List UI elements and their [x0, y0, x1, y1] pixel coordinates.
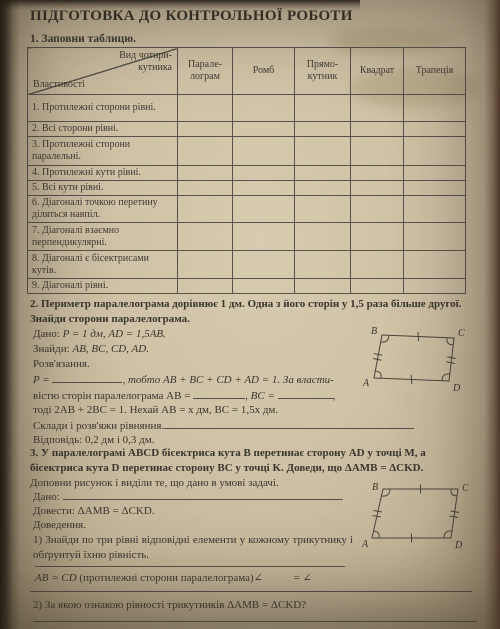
table-cell-empty — [404, 166, 466, 181]
table-cell-empty — [233, 95, 295, 122]
table-cell-empty — [295, 122, 351, 137]
table-cell-empty — [351, 181, 404, 196]
table-cell-empty — [178, 223, 233, 251]
parallelogram-figure-1: B C A D — [358, 322, 498, 394]
bc-equals: , BC = — [245, 390, 275, 402]
angle-symbol-left: ∠ — [254, 572, 263, 584]
table-cell-empty — [178, 279, 233, 294]
table-cell-empty — [295, 223, 351, 251]
answer-blank — [193, 388, 245, 399]
corner-label-kind: Вид чотири- кутника — [119, 50, 172, 74]
property-cell: 4. Протилежні кути рівні. — [28, 166, 178, 181]
table-cell-empty — [295, 279, 351, 294]
column-header-trapezoid: Трапеція — [404, 48, 466, 95]
task-1-label: 1. Заповни таблицю. — [30, 33, 136, 45]
table-cell-empty — [178, 196, 233, 223]
writing-line — [35, 566, 345, 567]
proof-step-2: 2) За якою ознакою рівності трикутників … — [33, 598, 473, 613]
answer-blank — [63, 489, 343, 500]
page-title: ПІДГОТОВКА ДО КОНТРОЛЬНОЇ РОБОТИ — [30, 8, 353, 25]
table-cell-empty — [351, 279, 404, 294]
property-cell: 7. Діагоналі взаємно перпендикулярні. — [28, 223, 178, 251]
table-cell-empty — [404, 122, 466, 137]
comma: , — [333, 390, 336, 402]
table-row: 5. Всі кути рівні. — [28, 181, 466, 196]
table-cell-empty — [178, 166, 233, 181]
dano-label: Дано: — [33, 328, 60, 340]
table-row: 2. Всі сторони рівні. — [28, 122, 466, 137]
angle-arc-a — [374, 531, 380, 538]
answer-blank — [52, 372, 122, 383]
table-cell-empty — [404, 251, 466, 279]
table-cell-empty — [233, 122, 295, 137]
vertex-label-d: D — [454, 540, 463, 551]
table-cell-empty — [233, 166, 295, 181]
vertex-label-b: B — [372, 482, 378, 493]
photo-edge-top — [0, 0, 360, 10]
table-cell-empty — [404, 137, 466, 166]
problem-3-statement: 3. У паралелограмі ABCD бісектриса кута … — [30, 446, 480, 476]
vertex-label-a: A — [362, 378, 370, 389]
properties-table: Вид чотири- кутника Властивості Парале- … — [27, 47, 466, 294]
column-header-rectangle: Прямо- кутник — [295, 48, 351, 95]
table-cell-empty — [404, 181, 466, 196]
table-cell-empty — [178, 181, 233, 196]
table-cell-empty — [178, 251, 233, 279]
parallelogram-figure-2: B C A D — [358, 480, 493, 552]
corner-label-properties: Властивості — [33, 79, 85, 91]
znaidy-label: Знайди: — [33, 343, 70, 355]
proof-label: Доведення. — [33, 518, 86, 533]
column-header-parallelogram: Парале- лограм — [178, 48, 233, 95]
dano-label-3: Дано: — [33, 491, 60, 503]
table-row: 6. Діагоналі точкою перетину діляться на… — [28, 196, 466, 223]
table-cell-empty — [351, 223, 404, 251]
photo-edge-right — [484, 0, 500, 629]
angle-arc-a — [375, 371, 381, 378]
equation-p-rest: , тобто AB + BC + CD + AD = 1. За власти… — [122, 374, 333, 386]
table-cell-empty — [404, 279, 466, 294]
table-cell-empty — [351, 95, 404, 122]
column-header-rhombus: Ромб — [233, 48, 295, 95]
dano-value: P = 1 дм, AD = 1,5AB. — [63, 328, 166, 340]
table-row: 9. Діагоналі рівні. — [28, 279, 466, 294]
fact-reason: (протилежні сторони паралелограма) — [79, 572, 253, 584]
compose-equation-text: Склади і розв'яжи рівняння. — [33, 420, 164, 432]
table-cell-empty — [233, 223, 295, 251]
table-corner-cell: Вид чотири- кутника Властивості — [28, 48, 178, 95]
proof-step-1: 1) Знайди по три рівні відповідні елемен… — [33, 533, 353, 563]
table-row: 4. Протилежні кути рівні. — [28, 166, 466, 181]
table-cell-empty — [233, 279, 295, 294]
property-cell: 5. Всі кути рівні. — [28, 181, 178, 196]
table-cell-empty — [295, 251, 351, 279]
table-cell-empty — [295, 166, 351, 181]
table-row: 1. Протилежні сторони рівні. — [28, 95, 466, 122]
table-cell-empty — [351, 196, 404, 223]
table-cell-empty — [295, 137, 351, 166]
vertex-label-c: C — [462, 483, 469, 494]
table-cell-empty — [351, 122, 404, 137]
angle-arc-c — [451, 489, 457, 496]
photo-edge-left — [0, 0, 20, 629]
table-cell-empty — [178, 137, 233, 166]
table-cell-empty — [295, 181, 351, 196]
znaidy-value: AB, BC, CD, AD. — [72, 343, 149, 355]
table-row: 7. Діагоналі взаємно перпендикулярні. — [28, 223, 466, 251]
property-cell: 2. Всі сторони рівні. — [28, 122, 178, 137]
angle-arc-c — [447, 338, 453, 345]
vertex-label-d: D — [452, 383, 461, 394]
property-cell: 8. Діагоналі є бісектрисами кутів. — [28, 251, 178, 279]
answer-blank — [278, 388, 333, 399]
table-cell-empty — [178, 95, 233, 122]
table-cell-empty — [404, 196, 466, 223]
table-cell-empty — [233, 137, 295, 166]
column-header-square: Квадрат — [351, 48, 404, 95]
table-cell-empty — [233, 181, 295, 196]
angle-symbol-right: = ∠ — [294, 572, 312, 584]
property-cell: 1. Протилежні сторони рівні. — [28, 95, 178, 122]
writing-line — [33, 621, 477, 622]
property-cell: 3. Протилежні сторони паралельні. — [28, 137, 178, 166]
equation-todi: тоді 2AB + 2BC = 1. Нехай AB = x дм, BC … — [33, 403, 433, 418]
prove-text: Довести: ΔAMB = ΔCKD. — [33, 504, 155, 519]
workbook-page-photo: ПІДГОТОВКА ДО КОНТРОЛЬНОЇ РОБОТИ 1. Запо… — [0, 0, 500, 629]
vertex-label-a: A — [361, 539, 369, 550]
table-cell-empty — [295, 95, 351, 122]
property-sides-text: вістю сторін паралелограма AB = — [33, 390, 190, 402]
tick-top — [418, 332, 419, 341]
vertex-label-c: C — [458, 328, 465, 339]
table-cell-empty — [404, 223, 466, 251]
table-cell-empty — [295, 196, 351, 223]
table-cell-empty — [351, 137, 404, 166]
angle-arc-d — [442, 374, 450, 381]
table-cell-empty — [351, 166, 404, 181]
table-cell-empty — [404, 95, 466, 122]
vertex-label-b: B — [371, 326, 377, 337]
equation-p-start: P = — [33, 374, 50, 386]
table-row: 8. Діагоналі є бісектрисами кутів. — [28, 251, 466, 279]
table-row: 3. Протилежні сторони паралельні. — [28, 137, 466, 166]
table-cell-empty — [351, 251, 404, 279]
answer-blank — [164, 418, 414, 429]
table-cell-empty — [233, 196, 295, 223]
property-cell: 6. Діагоналі точкою перетину діляться на… — [28, 196, 178, 223]
writing-line — [30, 591, 472, 592]
solution-label: Розв'язання. — [33, 357, 90, 372]
fact-equation: AB = CD — [35, 572, 77, 584]
tick-bottom — [411, 375, 412, 384]
table-cell-empty — [178, 122, 233, 137]
table-cell-empty — [233, 251, 295, 279]
property-cell: 9. Діагоналі рівні. — [28, 279, 178, 294]
